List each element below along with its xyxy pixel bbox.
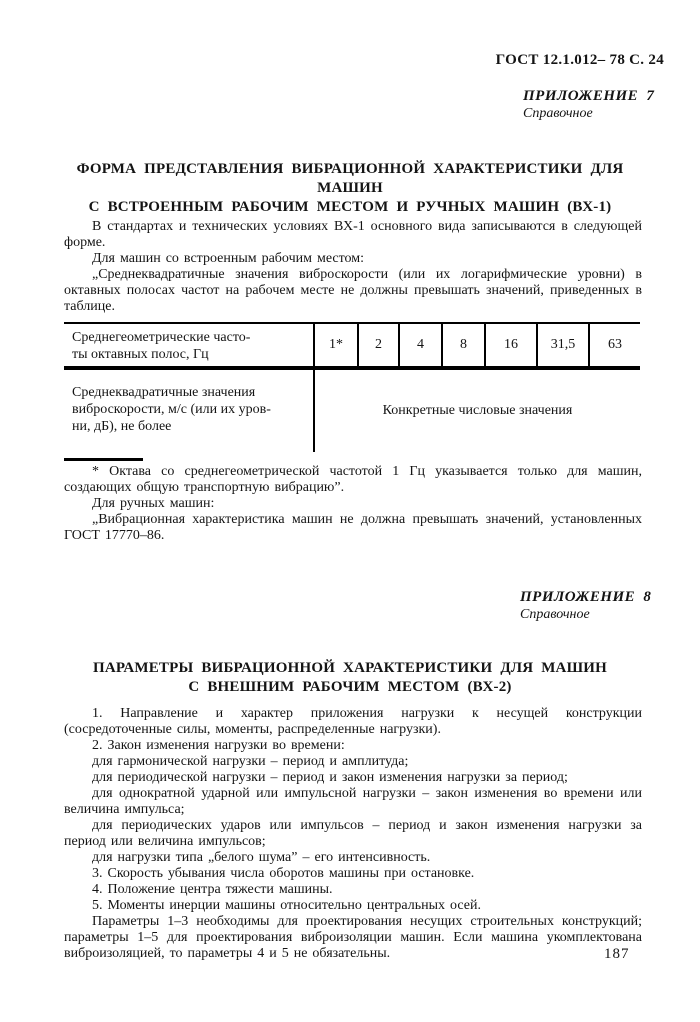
appendix8-block: ПРИЛОЖЕНИЕ 8 Справочное: [520, 588, 651, 624]
appendix7-paragraph: Для машин со встроенным рабочим местом:: [64, 251, 642, 267]
values-merged-cell: Конкретные числовые значения: [313, 370, 640, 452]
appendix7-title: ФОРМА ПРЕДСТАВЛЕНИЯ ВИБРАЦИОННОЙ ХАРАКТЕ…: [40, 160, 660, 217]
appendix8-label: ПРИЛОЖЕНИЕ 8: [520, 588, 651, 606]
frequency-cell: 4: [398, 324, 441, 366]
appendix7-body: В стандартах и технических условиях ВХ-1…: [64, 219, 642, 315]
frequency-cell: 2: [357, 324, 398, 366]
table-row-values: Среднеквадратичные значения виброскорост…: [64, 370, 640, 452]
footnote-separator: [64, 458, 143, 461]
values-row-label: Среднеквадратичные значения виброскорост…: [64, 370, 313, 452]
frequency-row-label: Среднегеометрические часто- ты октавных …: [64, 324, 313, 366]
appendix8-paragraph: для гармонической нагрузки – период и ам…: [64, 754, 642, 770]
appendix8-type: Справочное: [520, 606, 651, 624]
frequency-cell: 16: [484, 324, 536, 366]
appendix8-paragraph: 5. Моменты инерции машины относительно ц…: [64, 898, 642, 914]
appendix7-type: Справочное: [523, 105, 654, 123]
appendix8-paragraph: 1. Направление и характер приложения наг…: [64, 706, 642, 738]
appendix8-paragraph: 2. Закон изменения нагрузки во времени:: [64, 738, 642, 754]
appendix8-paragraph: Параметры 1–3 необходимы для проектирова…: [64, 914, 642, 962]
appendix8-paragraph: 3. Скорость убывания числа оборотов маши…: [64, 866, 642, 882]
frequency-cell: 8: [441, 324, 484, 366]
appendix7-footnote: * Октава со среднегеометрической частото…: [64, 464, 642, 544]
appendix7-block: ПРИЛОЖЕНИЕ 7 Справочное: [523, 87, 654, 123]
appendix8-paragraph: для однократной ударной или импульсной н…: [64, 786, 642, 818]
appendix8-paragraph: для нагрузки типа „белого шума” – его ин…: [64, 850, 642, 866]
appendix8-title: ПАРАМЕТРЫ ВИБРАЦИОННОЙ ХАРАКТЕРИСТИКИ ДЛ…: [40, 659, 660, 697]
appendix8-paragraph: для периодических ударов или импульсов –…: [64, 818, 642, 850]
appendix7-paragraph: „Среднеквадратичные значения виброскорос…: [64, 267, 642, 315]
page-number: 187: [604, 946, 630, 963]
table-row-frequencies: Среднегеометрические часто- ты октавных …: [64, 322, 640, 366]
frequency-cell: 63: [588, 324, 640, 366]
footnote-paragraph: „Вибрационная характеристика машин не до…: [64, 512, 642, 544]
appendix8-paragraph: для периодической нагрузки – период и за…: [64, 770, 642, 786]
frequency-cell: 1*: [313, 324, 357, 366]
footnote-paragraph: Для ручных машин:: [64, 496, 642, 512]
document-page: ГОСТ 12.1.012– 78 С. 24 ПРИЛОЖЕНИЕ 7 Спр…: [0, 0, 700, 1022]
appendix8-paragraph: 4. Положение центра тяжести машины.: [64, 882, 642, 898]
appendix8-body: 1. Направление и характер приложения наг…: [64, 706, 642, 962]
footnote-paragraph: * Октава со среднегеометрической частото…: [64, 464, 642, 496]
gost-standard-header: ГОСТ 12.1.012– 78 С. 24: [496, 52, 664, 69]
appendix7-label: ПРИЛОЖЕНИЕ 7: [523, 87, 654, 105]
appendix7-paragraph: В стандартах и технических условиях ВХ-1…: [64, 219, 642, 251]
frequency-cell: 31,5: [536, 324, 588, 366]
frequency-table: Среднегеометрические часто- ты октавных …: [64, 322, 640, 452]
